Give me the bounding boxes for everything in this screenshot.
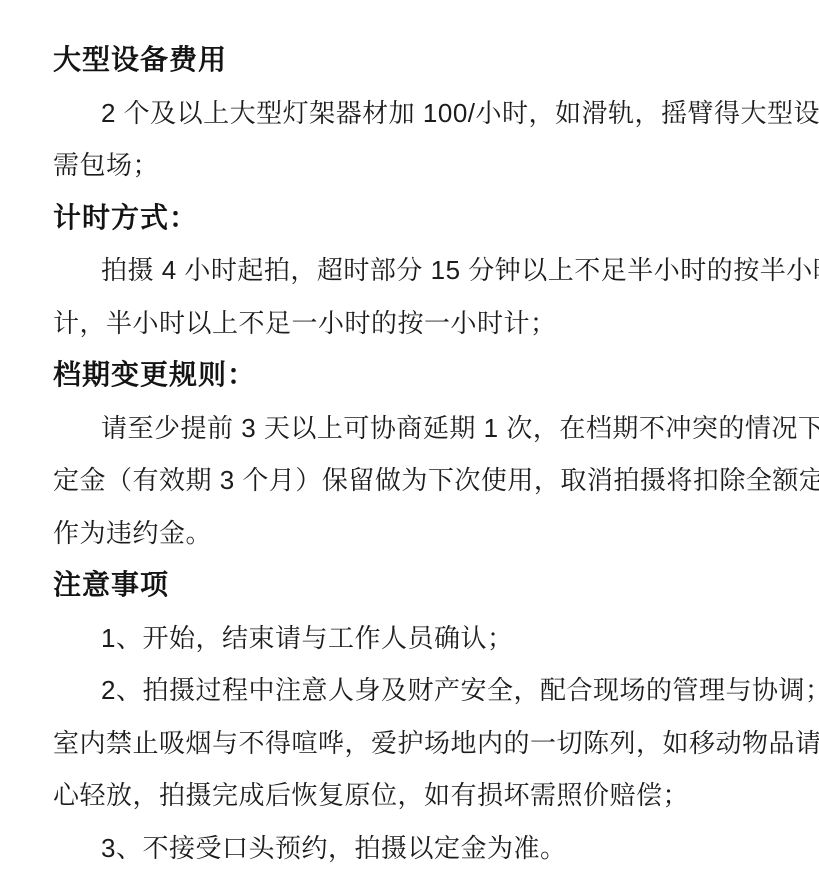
paragraph-line: 需包场；: [53, 139, 789, 192]
paragraph-line: 计，半小时以上不足一小时的按一小时计；: [53, 297, 789, 350]
document-page: 大型设备费用 2 个及以上大型灯架器材加 100/小时，如滑轨，摇臂得大型设备，…: [0, 0, 819, 895]
list-item-1: 1、开始，结束请与工作人员确认；: [53, 612, 789, 665]
section-heading-timing-method: 计时方式：: [53, 192, 789, 245]
list-item-2-continued: 心轻放，拍摄完成后恢复原位，如有损坏需照价赔偿；: [53, 769, 789, 822]
list-item-3: 3、不接受口头预约，拍摄以定金为准。: [53, 822, 789, 875]
list-item-2-continued: 室内禁止吸烟与不得喧哗，爱护场地内的一切陈列，如移动物品请小: [53, 717, 789, 770]
section-heading-schedule-change-rules: 档期变更规则：: [53, 349, 789, 402]
paragraph-line: 请至少提前 3 天以上可协商延期 1 次，在档期不冲突的情况下，: [53, 402, 789, 455]
paragraph-line: 作为违约金。: [53, 507, 789, 560]
section-heading-notes: 注意事项: [53, 559, 789, 612]
paragraph-line: 拍摄 4 小时起拍，超时部分 15 分钟以上不足半小时的按半小时: [53, 244, 789, 297]
paragraph-line: 2 个及以上大型灯架器材加 100/小时，如滑轨，摇臂得大型设备，: [53, 87, 789, 140]
list-item-2: 2、拍摄过程中注意人身及财产安全，配合现场的管理与协调；: [53, 664, 789, 717]
paragraph-line: 定金（有效期 3 个月）保留做为下次使用，取消拍摄将扣除全额定金: [53, 454, 789, 507]
section-heading-equipment-fee: 大型设备费用: [53, 34, 789, 87]
